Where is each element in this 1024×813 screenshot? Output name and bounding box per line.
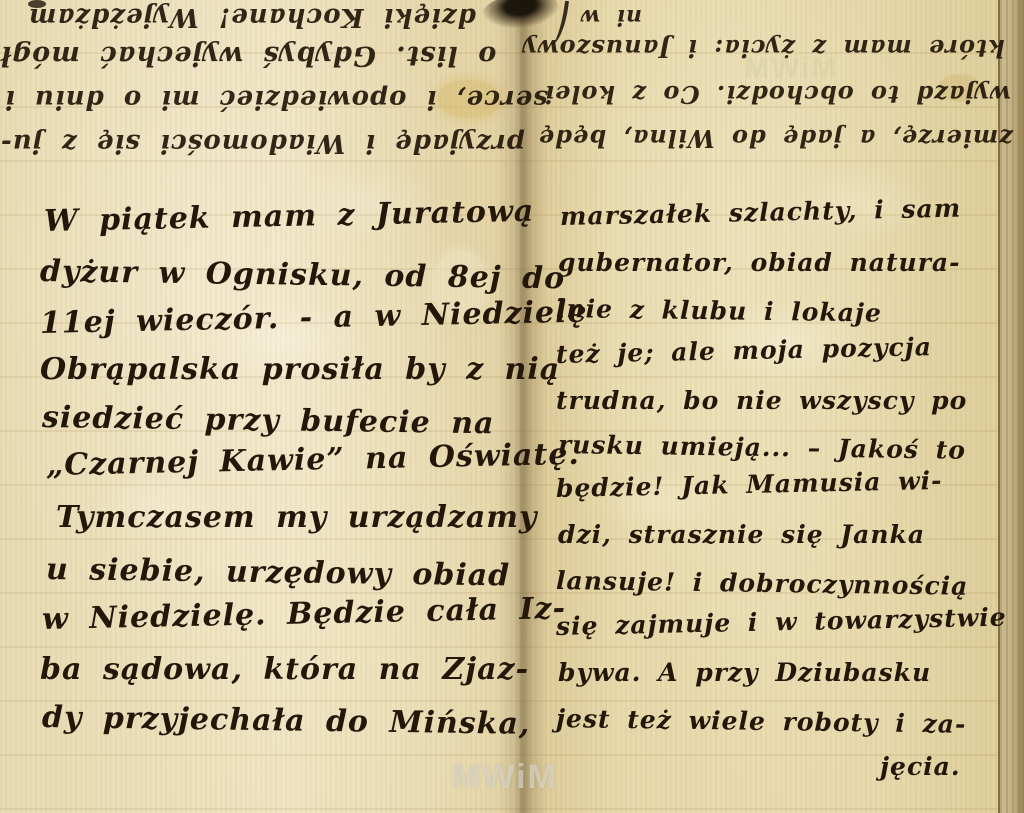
handwriting-line-inverted: które mam z życia: i Januszowy: [522, 34, 1005, 63]
handwriting-line-inverted: przyjadę i Wiadomości się z ju-: [0, 128, 525, 158]
handwriting-line: bywa. A przy Dziubasku: [558, 658, 931, 687]
handwriting-line: lansuje! i dobroczynnością: [556, 566, 969, 601]
handwriting-line: dzi, strasznie się Janka: [558, 520, 925, 549]
handwriting-line: jest też wiele roboty i za-: [556, 704, 967, 739]
handwriting-line: lnie z klubu i lokaje: [556, 294, 882, 328]
handwriting-line: dyżur w Ognisku, od 8ej do: [40, 254, 566, 296]
handwriting-line: trudna, bo nie wszyscy po: [556, 386, 967, 415]
handwriting-line: Tymczasem my urządzamy: [56, 500, 537, 535]
handwriting-line-inverted: wyjazd to obchodzi. Co z kolei: [544, 80, 1011, 109]
handwriting-line-inverted: ni w: [580, 4, 642, 30]
handwriting-line: dy przyjechała do Mińska,: [42, 700, 531, 742]
handwriting-line-inverted: o list. Gdybyś wyjechać mógł: [0, 40, 496, 71]
handwriting-line: rusku umieją... – Jakoś to: [558, 430, 966, 465]
handwriting-line: siedzieć przy bufecie na: [42, 400, 495, 441]
handwriting-line: u siebie, urzędowy obiad: [46, 552, 511, 593]
handwriting-line-inverted: zmierzę, a jadę do Wilna, będę: [538, 124, 1013, 153]
handwriting-line: ba sądowa, która na Zjaz-: [40, 652, 529, 687]
handwriting-line-inverted: dzięki Kochane! Wyjeżdżam: [28, 2, 476, 32]
handwriting-line: Obrąpalska prosiła by z nią: [40, 352, 560, 387]
handwriting-line: jęcia.: [880, 752, 961, 781]
handwriting-line-inverted: serce, i opowiedzieć mi o dniu i: [4, 84, 548, 114]
page-block-edge: [998, 0, 1024, 813]
letter-scan: dzięki Kochane! Wyjeżdżam o list. Gdybyś…: [0, 0, 1024, 813]
handwriting-line: gubernator, obiad natura-: [558, 248, 960, 277]
